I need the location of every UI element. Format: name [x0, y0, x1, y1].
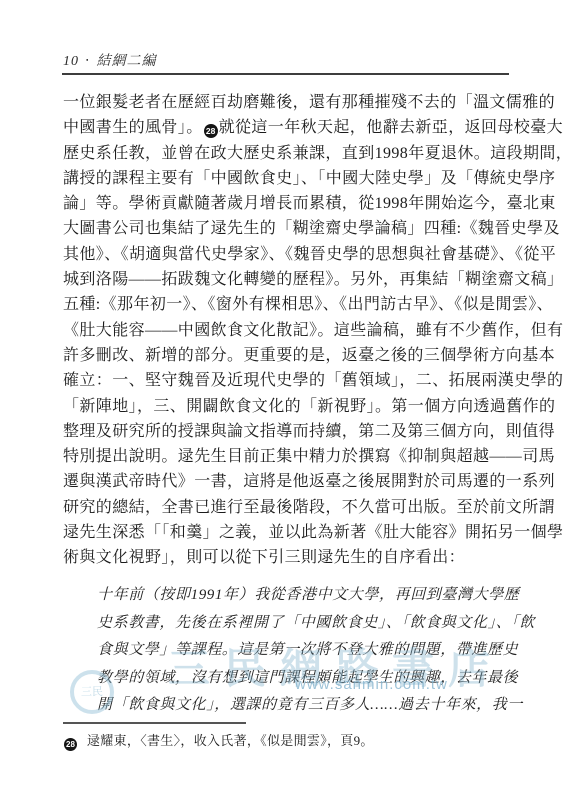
text-line: 許多刪改、新增的部分。更重要的是，返臺之後的三個學術方向基本 [63, 343, 523, 368]
text-segment: 就從這一年秋天起，他辭去新亞，返回母校臺大 [219, 119, 563, 136]
text-line: 逯先生深悉「「和羹」之義，並以此為新著《肚大能容》開拓另一個學 [63, 520, 523, 545]
scanned-book-page: 10‧結網二編 一位銀髮老者在歷經百劫磨難後，還有那種摧殘不去的「溫文儒雅的 中… [0, 0, 571, 800]
text-line: 「新陣地」，三、開闢飲食文化的「新視野」。第一個方向透過舊作的 [63, 394, 523, 419]
footnote: 28逯耀東，〈書生〉，收入氏著，《似是閒雲》，頁9。 [63, 731, 523, 751]
text-line: 歷史系任教，並曾在政大歷史系兼課，直到1998年夏退休。這段期間， [63, 141, 523, 166]
text-line: 特別提出說明。逯先生目前正集中精力於撰寫《抑制與超越——司馬 [63, 444, 523, 469]
text-line: 術與文化視野」，則可以從下引三則逯先生的自序看出： [63, 545, 523, 570]
text-line: 研究的總結，全書已進行至最後階段，不久當可出版。至於前文所謂 [63, 495, 523, 520]
text-line: 其他》、《胡適與當代史學家》、《魏晉史學的思想與社會基礎》、《從平 [63, 242, 523, 267]
quote-line: 十年前（按即1991年）我從香港中文大學，再回到臺灣大學歷 [97, 582, 527, 610]
quote-line: 開「飲食與文化」，選課的竟有三百多人……過去十年來，我一 [97, 692, 527, 720]
header-rule [62, 73, 509, 75]
footnote-ref-marker: 28 [204, 124, 218, 138]
author-preface-quote: 十年前（按即1991年）我從香港中文大學，再回到臺灣大學歷 史系教書，先後在系裡… [97, 582, 527, 720]
footnote-text: 逯耀東，〈書生〉，收入氏著，《似是閒雲》，頁9。 [87, 733, 374, 748]
quote-line: 史系教書，先後在系裡開了「中國飲食史」、「飲食與文化」、「飲 [97, 610, 527, 638]
text-line: 遷與漢武帝時代》一書，這將是他返臺之後展開對於司馬遷的一系列 [63, 469, 523, 494]
quote-line: 食與文學」等課程。這是第一次將不登大雅的問題，帶進歷史 [97, 637, 527, 665]
page-number: 10 [63, 54, 79, 69]
text-line: 五種:《那年初一》、《窗外有棵相思》、《出門訪古早》、《似是閒雲》、 [63, 292, 523, 317]
footnote-rule [63, 722, 246, 724]
quote-line: 教學的領域，沒有想到這門課程頗能起學生的興趣，去年最後 [97, 665, 527, 693]
text-line: 論」等。學術貢獻隨著歲月增長而累積，從1998年開始迄今，臺北東 [63, 191, 523, 216]
text-line: 一位銀髮老者在歷經百劫磨難後，還有那種摧殘不去的「溫文儒雅的 [63, 90, 523, 115]
text-line: 講授的課程主要有「中國飲食史」、「中國大陸史學」及「傳統史學序 [63, 166, 523, 191]
text-segment: 中國書生的風骨」。 [63, 119, 203, 136]
running-header: 10‧結網二編 [63, 50, 156, 70]
text-line: 中國書生的風骨」。28就從這一年秋天起，他辭去新亞，返回母校臺大 [63, 115, 523, 140]
book-title: 結網二編 [96, 54, 156, 69]
text-line: 大圖書公司也集結了逯先生的「糊塗齋史學論稿」四種:《魏晉史學及 [63, 216, 523, 241]
text-line: 城到洛陽——拓跋魏文化轉變的歷程》。另外，再集結「糊塗齋文稿」 [63, 267, 523, 292]
footnote-number-marker: 28 [64, 738, 77, 751]
text-line: 《肚大能容——中國飲食文化散記》。這些論稿，雖有不少舊作，但有 [63, 318, 523, 343]
header-separator: ‧ [85, 54, 90, 69]
text-line: 確立：一、堅守魏晉及近現代史學的「舊領域」，二、拓展兩漢史學的 [63, 368, 523, 393]
main-text-block: 一位銀髮老者在歷經百劫磨難後，還有那種摧殘不去的「溫文儒雅的 中國書生的風骨」。… [63, 90, 523, 571]
text-line: 整理及研究所的授課與論文指導而持續，第二及第三個方向，則值得 [63, 419, 523, 444]
